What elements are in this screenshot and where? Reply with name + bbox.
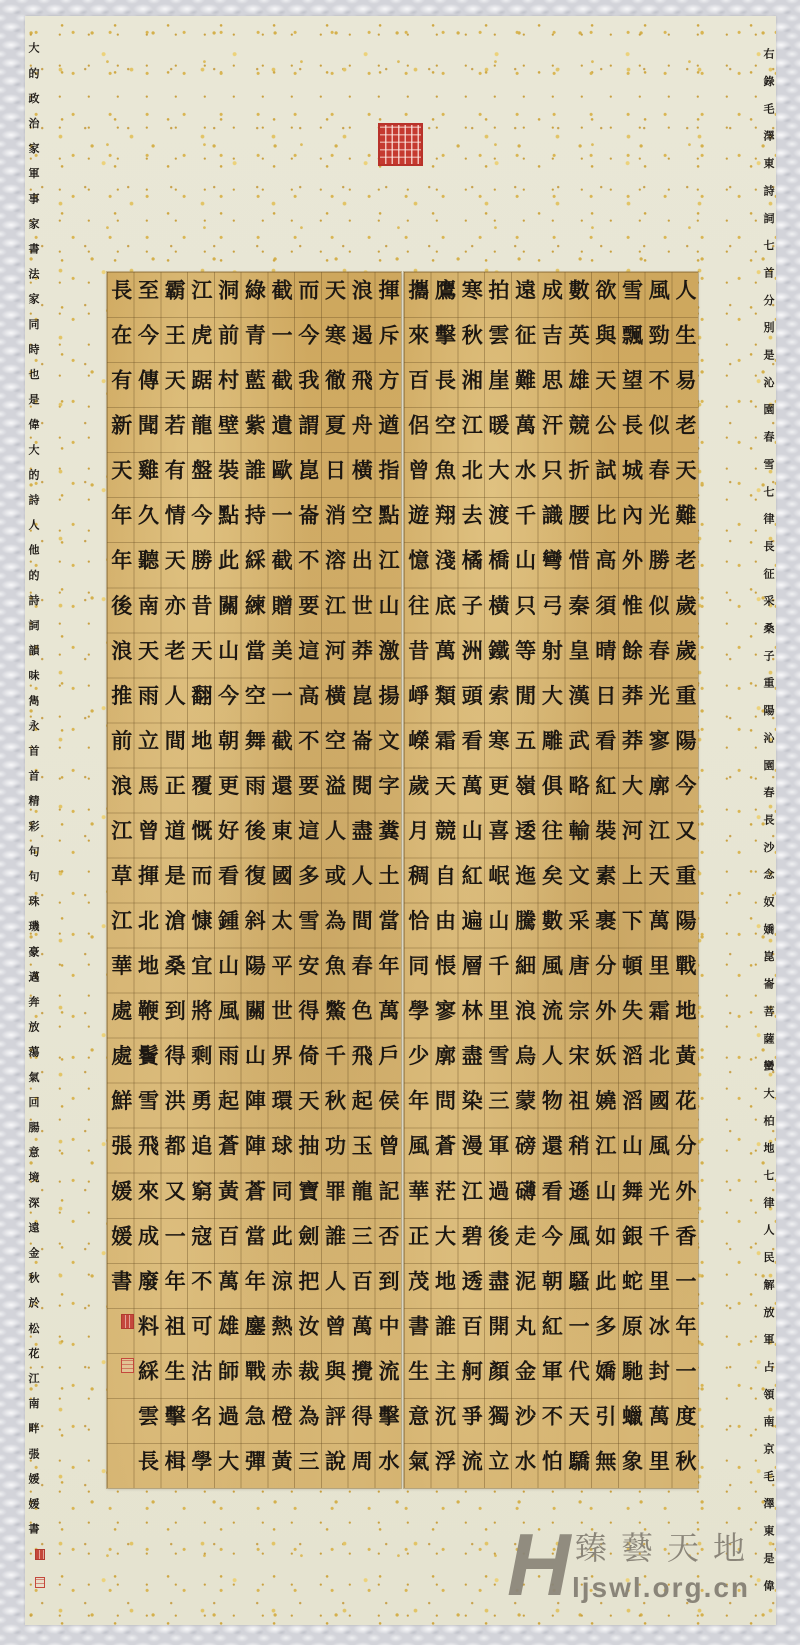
left-panel-column: 綠青藍紫誰持綵練當空舞雨後復斜陽關山陣陣蒼當年鏖戰急彈: [241, 272, 268, 1488]
right-panel-column: 數英雄競折腰惜秦皇漢武略輸文采唐宗宋祖稍遜風騷一代天驕: [564, 272, 591, 1488]
watermark-logo-letter: H: [507, 1521, 571, 1609]
right-panel-column: 鷹擊長空魚翔淺底萬類霜天競自由悵寥廓問蒼茫大地誰主沉浮: [431, 272, 458, 1488]
left-panel-column: 揮斥方遒指點江山激揚文字糞土當年萬戶侯曾記否到中流擊水: [374, 272, 401, 1488]
top-seal-stamp: [378, 123, 423, 166]
colophon-seal-1: [35, 1549, 45, 1560]
right-panel-column: 拍雲崖暖大渡橋橫鐵索寒更喜岷山千里雪三軍過後盡開顏獨立: [484, 272, 511, 1488]
left-panel-column: 截一截遺歐一截贈美一截還東國太平世界環球同此涼熱赤橙黃: [267, 272, 294, 1488]
left-panel-column-signature: 長在有新天年年後浪推前浪江草江華處處鮮張媛媛書: [107, 272, 134, 1488]
signature-seal-1: [121, 1314, 134, 1329]
left-calligraphy-panel: 揮斥方遒指點江山激揚文字糞土當年萬戶侯曾記否到中流擊水 浪遏飛舟橫空出世莽崑崙閱…: [107, 272, 401, 1488]
right-panel-column: 攜來百侶曾遊憶往昔崢嶸歲月稠恰同學少年風華正茂書生意氣: [404, 272, 431, 1488]
left-panel-column: 而今我謂崑崙不要這高不要這多雪安得倚天抽寶劍把汝裁為三: [294, 272, 321, 1488]
watermark-url: ljswl.org.cn: [572, 1574, 750, 1602]
right-panel-column: 欲與天公試比高須晴日看紅裝素裹分外妖嬈江山如此多嬌引無: [591, 272, 618, 1488]
right-inscription: 右錄毛澤東詩詞七首分別是沁園春雪七律長征采桑子重陽沁園春長沙念奴嬌崑崙菩薩蠻大柏…: [761, 48, 775, 1607]
right-calligraphy-panel: 人生易老天難老歲歲重陽今又重陽戰地黃花分外香一年一度秋 風勁不似春光勝似春光寥廓…: [404, 272, 698, 1488]
watermark-site-name: 臻藝天地: [575, 1530, 759, 1566]
left-panel-column: 天寒徹夏日消溶江河橫空溢人或為魚鱉千秋功罪誰人曾與評說: [321, 272, 348, 1488]
right-panel-column: 人生易老天難老歲歲重陽今又重陽戰地黃花分外香一年一度秋: [671, 272, 698, 1488]
right-panel-column: 雪飄望長城內外惟餘莽莽大河上下頓失滔滔山舞銀蛇原馳蠟象: [618, 272, 645, 1488]
signature-seal-2: [121, 1358, 134, 1373]
left-panel-column: 霸王天若有情天亦老人間正道是滄桑到得洪都又一年祖生擊楫: [160, 272, 187, 1488]
left-panel-column: 江虎踞龍盤今勝昔天翻地覆慨而慷宜將剩勇追窮寇不可沽名學: [187, 272, 214, 1488]
colophon-seal-2: [35, 1577, 45, 1588]
left-panel-column: 洞前村壁裝點此關山今朝更好看鍾山風雨起蒼黃百萬雄師過大: [214, 272, 241, 1488]
right-panel-column: 風勁不似春光勝似春光寥廓江天萬里霜北國風光千里冰封萬里: [645, 272, 672, 1488]
left-panel-column: 浪遏飛舟橫空出世莽崑崙閱盡人間春色飛起玉龍三百萬攪得周: [348, 272, 375, 1488]
left-inscription: 大的政治家軍事家書法家同時也是偉大的詩人他的詩詞韻味雋永首首精彩句句珠璣豪邁奔放…: [26, 42, 40, 1548]
right-panel-column: 成吉思汗只識彎弓射大雕俱往矣數風流人物還看今朝紅軍不怕: [538, 272, 565, 1488]
left-panel-column: 至今傳聞雞久聽南天雨立馬曾揮北地鞭鬢雪飛來成廢料綵雲長: [134, 272, 161, 1488]
right-panel-column: 寒秋湘江北去橘子洲頭看萬山紅遍層林盡染漫江碧透百舸爭流: [457, 272, 484, 1488]
right-panel-column: 遠征難萬水千山只等閒五嶺逶迤騰細浪烏蒙磅礴走泥丸金沙水: [511, 272, 538, 1488]
